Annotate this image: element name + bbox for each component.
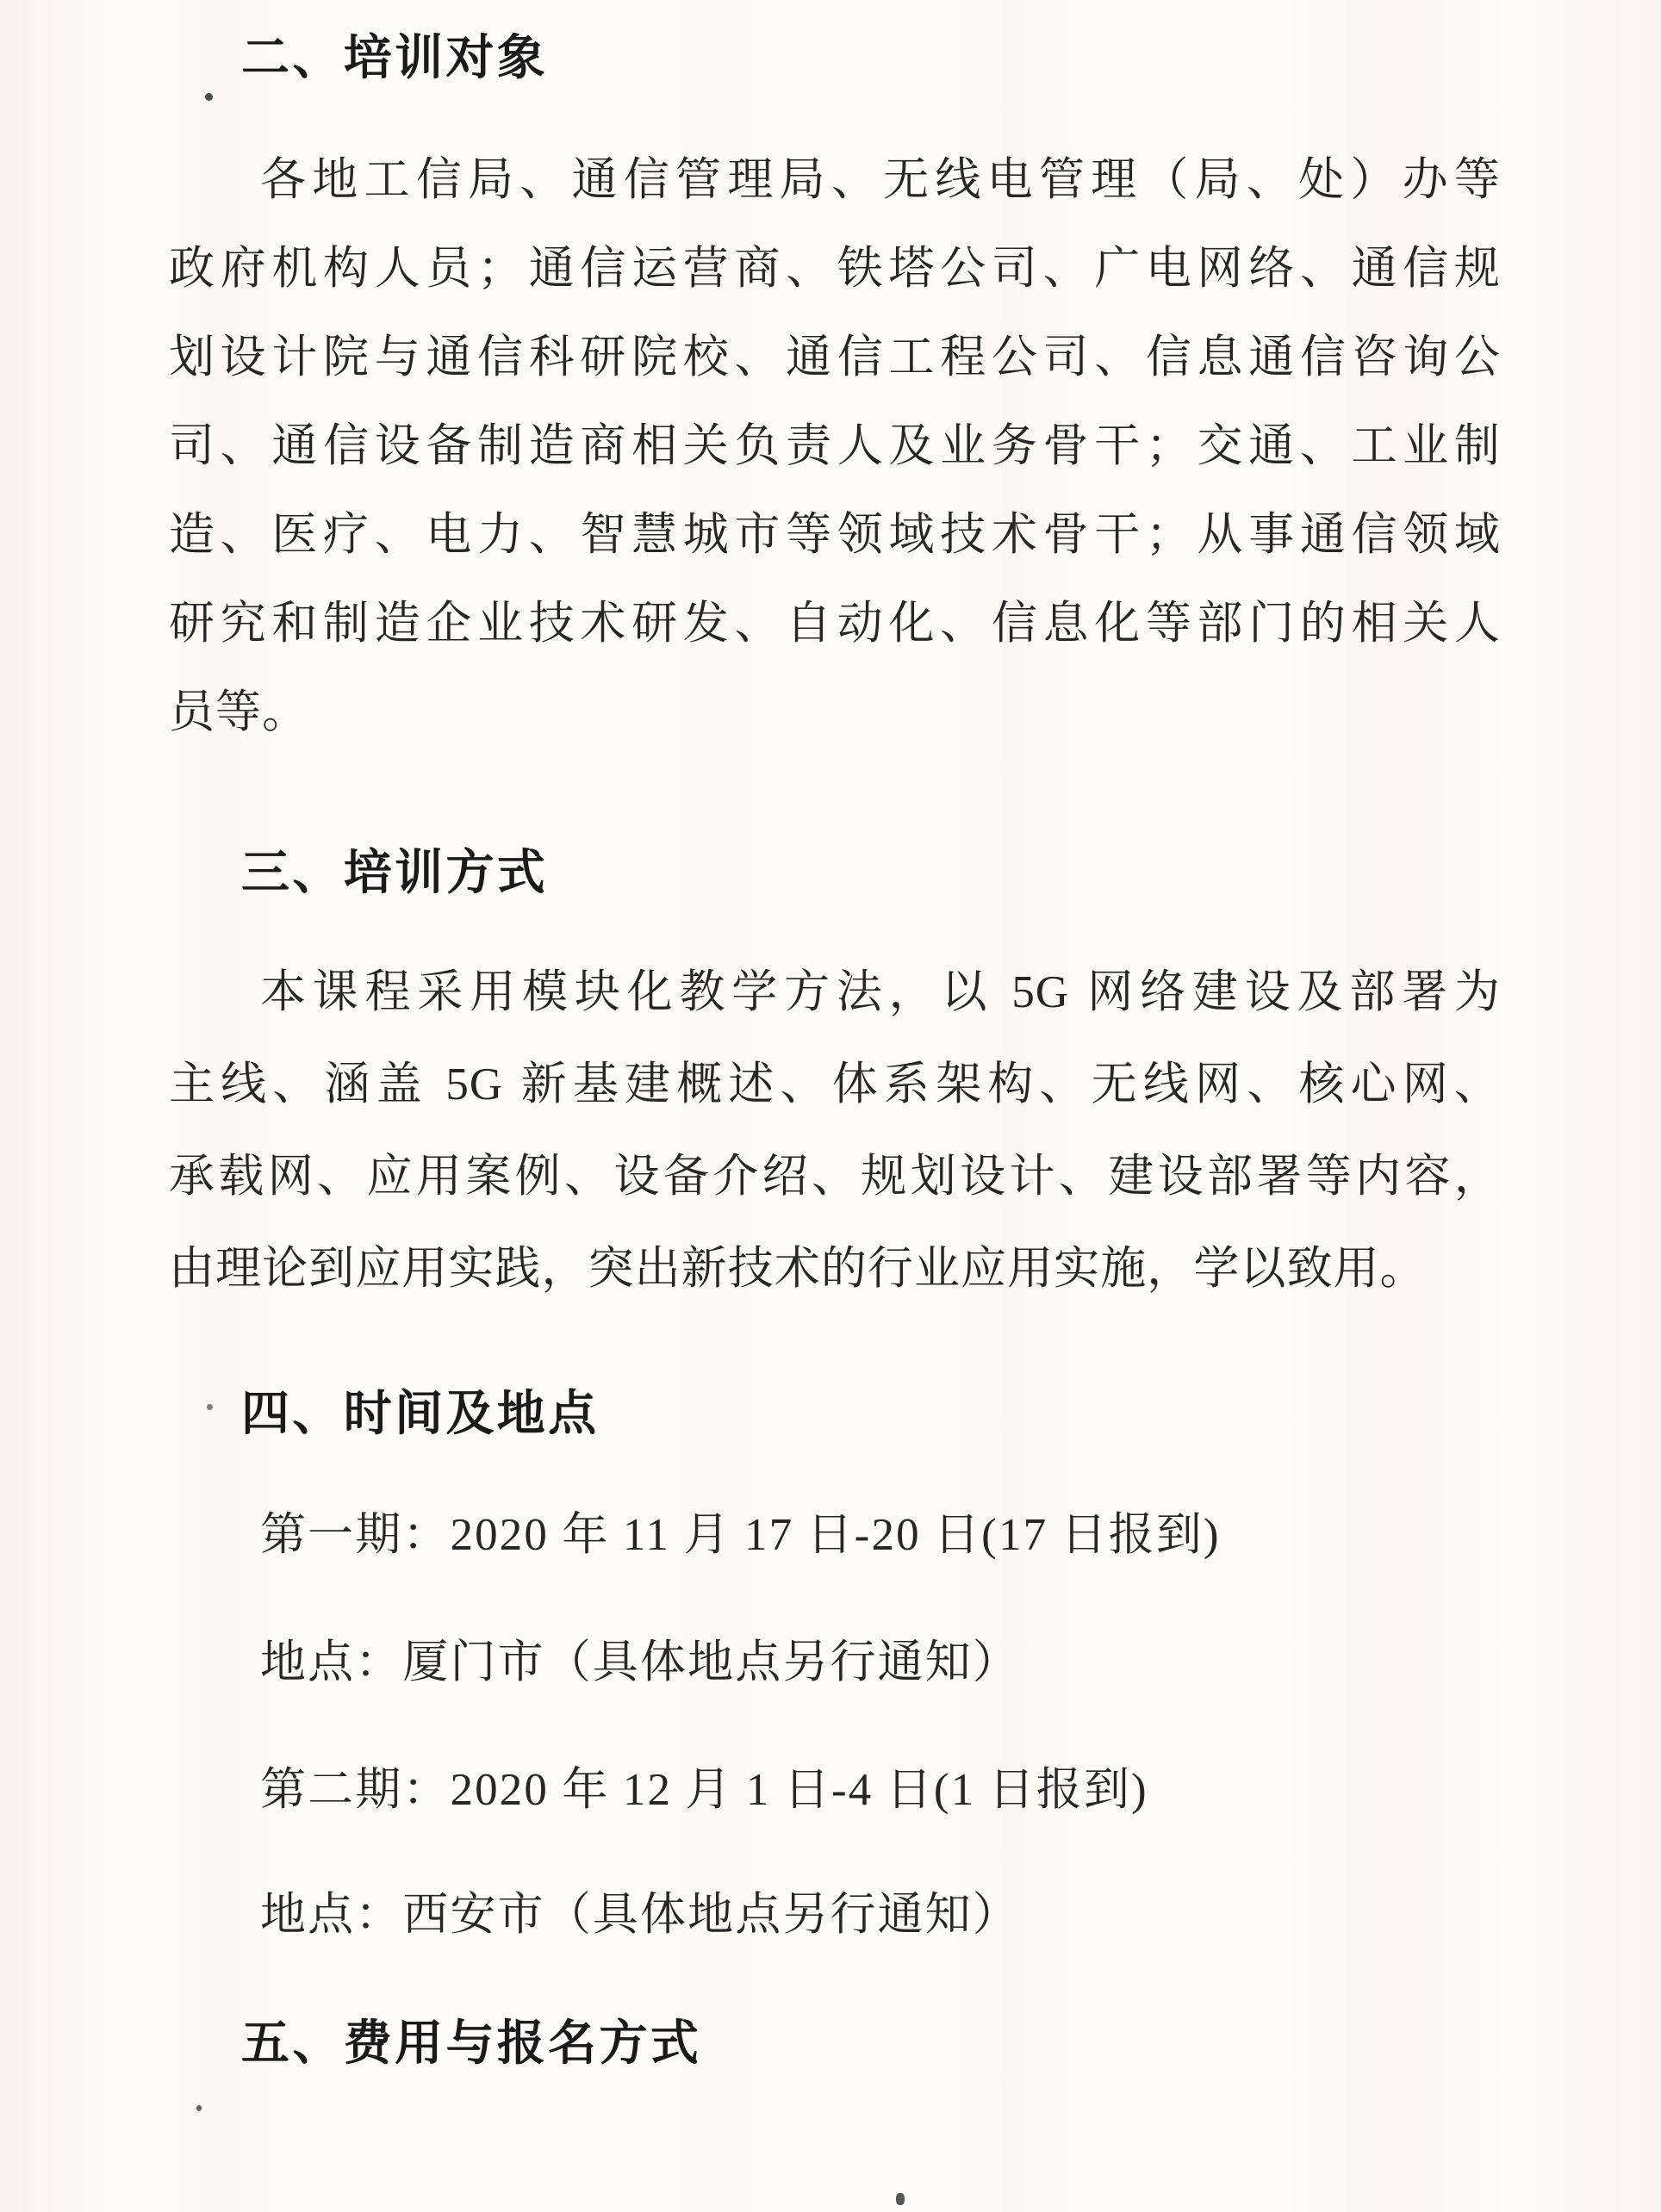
text-line: 造、医疗、电力、智慧城市等领域技术骨干；从事通信领域 (169, 491, 1501, 580)
section-heading-time-location: 四、时间及地点 (241, 1380, 1501, 1449)
text-line: 由理论到应用实践，突出新技术的行业应用实施，学以致用。 (169, 1223, 1501, 1315)
text-line: 划设计院与通信科研院校、通信工程公司、信息通信咨询公 (169, 314, 1501, 402)
text-line: 本课程采用模块化教学方法，以 5G 网络建设及部署为 (169, 947, 1501, 1039)
section-heading-training-method: 三、培训方式 (241, 839, 1501, 908)
schedule-session2-venue: 地点：西安市（具体地点另行通知） (169, 1880, 1501, 1949)
paragraph-training-targets: 各地工信局、通信管理局、无线电管理（局、处）办等 政府机构人员；通信运营商、铁塔… (169, 136, 1501, 757)
document-page: 二、培训对象 各地工信局、通信管理局、无线电管理（局、处）办等 政府机构人员；通… (0, 0, 1661, 2212)
schedule-session1-dates: 第一期：2020 年 11 月 17 日-20 日(17 日报到) (169, 1501, 1501, 1569)
text-line: 政府机构人员；通信运营商、铁塔公司、广电网络、通信规 (169, 225, 1501, 314)
schedule-session2-dates: 第二期：2020 年 12 月 1 日-4 日(1 日报到) (169, 1755, 1501, 1824)
page-number-mark (896, 2193, 905, 2205)
text-line: 司、通信设备制造商相关负责人及业务骨干；交通、工业制 (169, 402, 1501, 491)
ink-speck (196, 2105, 202, 2111)
text-line: 员等。 (169, 668, 1501, 757)
ink-speck (207, 1404, 213, 1410)
paragraph-training-method: 本课程采用模块化教学方法，以 5G 网络建设及部署为 主线、涵盖 5G 新基建概… (169, 947, 1501, 1315)
section-heading-fees-registration: 五、费用与报名方式 (241, 2010, 1501, 2078)
text-line: 主线、涵盖 5G 新基建概述、体系架构、无线网、核心网、 (169, 1039, 1501, 1131)
text-line: 研究和制造企业技术研发、自动化、信息化等部门的相关人 (169, 580, 1501, 668)
text-line: 承载网、应用案例、设备介绍、规划设计、建设部署等内容， (169, 1131, 1501, 1223)
ink-speck (205, 93, 213, 101)
text-line: 各地工信局、通信管理局、无线电管理（局、处）办等 (169, 136, 1501, 225)
section-heading-training-targets: 二、培训对象 (241, 0, 1501, 93)
schedule-session1-venue: 地点：厦门市（具体地点另行通知） (169, 1628, 1501, 1697)
